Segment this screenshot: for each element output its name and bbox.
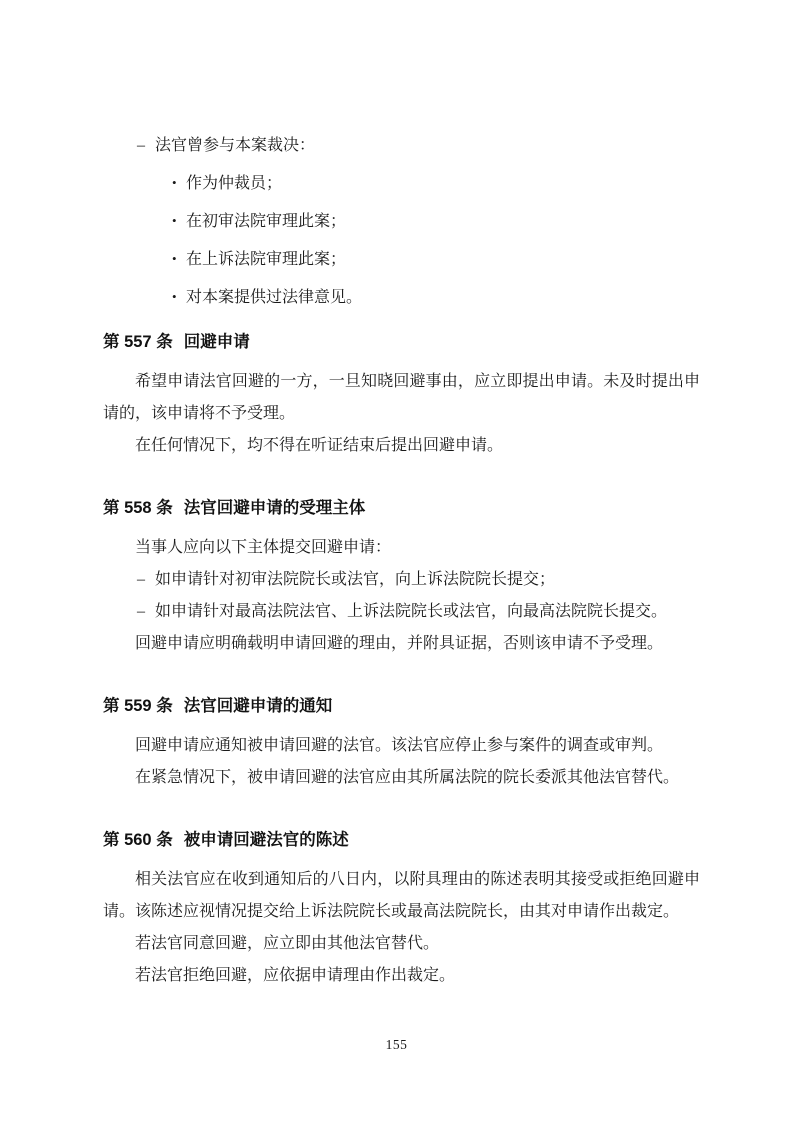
list-item: •对本案提供过法律意见。 (103, 278, 700, 316)
dash-marker-icon: – (137, 127, 155, 164)
article-heading: 第 560 条被申请回避法官的陈述 (103, 824, 700, 856)
article-number: 第 559 条 (103, 697, 173, 715)
dash-marker-icon: – (137, 564, 155, 596)
list-item-text: 在初审法院审理此案； (186, 213, 346, 230)
list-item-text: 法官曾参与本案裁决： (155, 137, 315, 154)
bullet-marker-icon: • (172, 240, 186, 277)
article-paragraph: 回避申请应通知被申请回避的法官。该法官应停止参与案件的调查或审判。 (103, 730, 700, 762)
bullet-marker-icon: • (172, 202, 186, 239)
text-block: –法官曾参与本案裁决： •作为仲裁员； •在初审法院审理此案； •在上诉法院审理… (0, 0, 793, 992)
list-item-text: 如申请针对初审法院院长或法官，向上诉法院院长提交； (155, 571, 555, 588)
article-paragraph: 希望申请法官回避的一方，一旦知晓回避事由，应立即提出申请。未及时提出申请的，该申… (103, 366, 700, 430)
article-heading: 第 557 条回避申请 (103, 326, 700, 358)
document-page: –法官曾参与本案裁决： •作为仲裁员； •在初审法院审理此案； •在上诉法院审理… (0, 0, 793, 1122)
article-558: 第 558 条法官回避申请的受理主体 当事人应向以下主体提交回避申请： –如申请… (103, 492, 700, 660)
list-item-text: 在上诉法院审理此案； (186, 251, 346, 268)
article-paragraph: 若法官拒绝回避，应依据申请理由作出裁定。 (103, 960, 700, 992)
list-item: •在上诉法院审理此案； (103, 240, 700, 278)
article-number: 第 560 条 (103, 831, 173, 849)
article-paragraph: 相关法官应在收到通知后的八日内，以附具理由的陈述表明其接受或拒绝回避申请。该陈述… (103, 864, 700, 928)
list-item: –如申请针对最高法院法官、上诉法院院长或法官，向最高法院院长提交。 (103, 596, 700, 628)
article-paragraph: 当事人应向以下主体提交回避申请： (103, 532, 700, 564)
article-number: 第 557 条 (103, 333, 173, 351)
article-paragraph: 回避申请应明确载明申请回避的理由，并附具证据，否则该申请不予受理。 (103, 628, 700, 660)
article-paragraph: 若法官同意回避，应立即由其他法官替代。 (103, 928, 700, 960)
list-item: –法官曾参与本案裁决： (103, 127, 700, 164)
article-heading: 第 559 条法官回避申请的通知 (103, 690, 700, 722)
article-title: 法官回避申请的受理主体 (184, 499, 366, 517)
article-number: 第 558 条 (103, 499, 173, 517)
article-557: 第 557 条回避申请 希望申请法官回避的一方，一旦知晓回避事由，应立即提出申请… (103, 326, 700, 462)
article-paragraph: 在任何情况下，均不得在听证结束后提出回避申请。 (103, 430, 700, 462)
article-heading: 第 558 条法官回避申请的受理主体 (103, 492, 700, 524)
article-559: 第 559 条法官回避申请的通知 回避申请应通知被申请回避的法官。该法官应停止参… (103, 690, 700, 794)
list-item: •在初审法院审理此案； (103, 202, 700, 240)
list-item: –如申请针对初审法院院长或法官，向上诉法院院长提交； (103, 564, 700, 596)
article-560: 第 560 条被申请回避法官的陈述 相关法官应在收到通知后的八日内，以附具理由的… (103, 824, 700, 992)
list-item-text: 对本案提供过法律意见。 (186, 289, 362, 306)
list-item-text: 如申请针对最高法院法官、上诉法院院长或法官，向最高法院院长提交。 (155, 603, 667, 620)
bullet-marker-icon: • (172, 278, 186, 315)
page-number: 155 (0, 1037, 793, 1053)
bullet-marker-icon: • (172, 164, 186, 201)
article-title: 法官回避申请的通知 (184, 697, 333, 715)
list-item: •作为仲裁员； (103, 164, 700, 202)
article-title: 回避申请 (184, 333, 250, 351)
article-paragraph: 在紧急情况下，被申请回避的法官应由其所属法院的院长委派其他法官替代。 (103, 762, 700, 794)
list-item-text: 作为仲裁员； (186, 175, 282, 192)
recusal-grounds-list: –法官曾参与本案裁决： •作为仲裁员； •在初审法院审理此案； •在上诉法院审理… (103, 127, 700, 316)
dash-marker-icon: – (137, 596, 155, 628)
article-title: 被申请回避法官的陈述 (184, 831, 349, 849)
